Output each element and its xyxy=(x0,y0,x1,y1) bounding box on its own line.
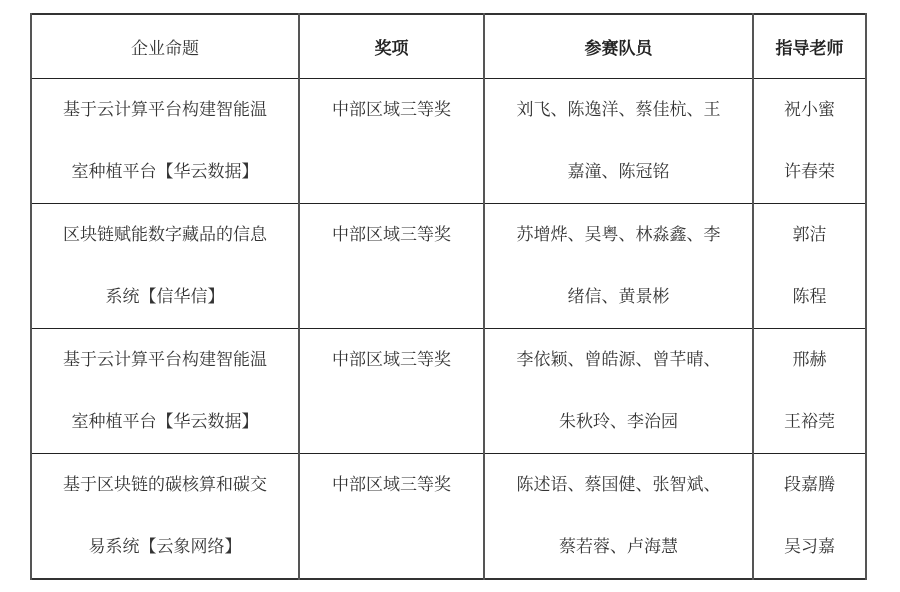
header-advisors: 指导老师 xyxy=(753,14,866,79)
award-text: 中部区域三等奖 xyxy=(306,204,477,266)
topic-line: 基于云计算平台构建智能温 xyxy=(38,79,292,141)
members-line: 绪信、黄景彬 xyxy=(491,266,746,328)
award-text: 中部区域三等奖 xyxy=(306,329,477,391)
cell-award: 中部区域三等奖 xyxy=(299,454,484,580)
topic-line: 易系统【云象网络】 xyxy=(38,516,292,578)
cell-topic: 基于区块链的碳核算和碳交 易系统【云象网络】 xyxy=(31,454,299,580)
topic-line: 系统【信华信】 xyxy=(38,266,292,328)
award-table: 企业命题 奖项 参赛队员 指导老师 基于云计算平台构建智能温 室种植平台【华云数… xyxy=(30,13,867,580)
cell-advisors: 郭洁 陈程 xyxy=(753,204,866,329)
members-line: 朱秋玲、李治园 xyxy=(491,391,746,453)
cell-award: 中部区域三等奖 xyxy=(299,329,484,454)
members-line: 嘉潼、陈冠铭 xyxy=(491,141,746,203)
topic-line: 室种植平台【华云数据】 xyxy=(38,391,292,453)
cell-award: 中部区域三等奖 xyxy=(299,79,484,204)
members-line: 蔡若蓉、卢海慧 xyxy=(491,516,746,578)
table-row: 基于区块链的碳核算和碳交 易系统【云象网络】 中部区域三等奖 陈述语、蔡国健、张… xyxy=(31,454,866,580)
advisor-name: 吴习嘉 xyxy=(760,516,859,578)
header-members: 参赛队员 xyxy=(484,14,753,79)
table-header-row: 企业命题 奖项 参赛队员 指导老师 xyxy=(31,14,866,79)
table-row: 基于云计算平台构建智能温 室种植平台【华云数据】 中部区域三等奖 李依颖、曾皓源… xyxy=(31,329,866,454)
members-line: 刘飞、陈逸洋、蔡佳杭、王 xyxy=(491,79,746,141)
cell-topic: 基于云计算平台构建智能温 室种植平台【华云数据】 xyxy=(31,329,299,454)
table-row: 区块链赋能数字藏品的信息 系统【信华信】 中部区域三等奖 苏增烨、吴粤、林淼鑫、… xyxy=(31,204,866,329)
members-line: 苏增烨、吴粤、林淼鑫、李 xyxy=(491,204,746,266)
advisor-name: 王裕莞 xyxy=(760,391,859,453)
cell-advisors: 邢赫 王裕莞 xyxy=(753,329,866,454)
table-row: 基于云计算平台构建智能温 室种植平台【华云数据】 中部区域三等奖 刘飞、陈逸洋、… xyxy=(31,79,866,204)
cell-members: 刘飞、陈逸洋、蔡佳杭、王 嘉潼、陈冠铭 xyxy=(484,79,753,204)
advisor-name: 许春荣 xyxy=(760,141,859,203)
cell-members: 陈述语、蔡国健、张智斌、 蔡若蓉、卢海慧 xyxy=(484,454,753,580)
advisor-name: 郭洁 xyxy=(760,204,859,266)
header-award: 奖项 xyxy=(299,14,484,79)
members-line: 李依颖、曾皓源、曾芊晴、 xyxy=(491,329,746,391)
advisor-name: 祝小蜜 xyxy=(760,79,859,141)
award-text: 中部区域三等奖 xyxy=(306,79,477,141)
advisor-name: 邢赫 xyxy=(760,329,859,391)
cell-award: 中部区域三等奖 xyxy=(299,204,484,329)
topic-line: 基于云计算平台构建智能温 xyxy=(38,329,292,391)
cell-members: 苏增烨、吴粤、林淼鑫、李 绪信、黄景彬 xyxy=(484,204,753,329)
award-text: 中部区域三等奖 xyxy=(306,454,477,516)
cell-advisors: 祝小蜜 许春荣 xyxy=(753,79,866,204)
cell-topic: 区块链赋能数字藏品的信息 系统【信华信】 xyxy=(31,204,299,329)
cell-topic: 基于云计算平台构建智能温 室种植平台【华云数据】 xyxy=(31,79,299,204)
cell-advisors: 段嘉腾 吴习嘉 xyxy=(753,454,866,580)
advisor-name: 陈程 xyxy=(760,266,859,328)
topic-line: 基于区块链的碳核算和碳交 xyxy=(38,454,292,516)
header-topic: 企业命题 xyxy=(31,14,299,79)
topic-line: 区块链赋能数字藏品的信息 xyxy=(38,204,292,266)
advisor-name: 段嘉腾 xyxy=(760,454,859,516)
topic-line: 室种植平台【华云数据】 xyxy=(38,141,292,203)
cell-members: 李依颖、曾皓源、曾芊晴、 朱秋玲、李治园 xyxy=(484,329,753,454)
members-line: 陈述语、蔡国健、张智斌、 xyxy=(491,454,746,516)
